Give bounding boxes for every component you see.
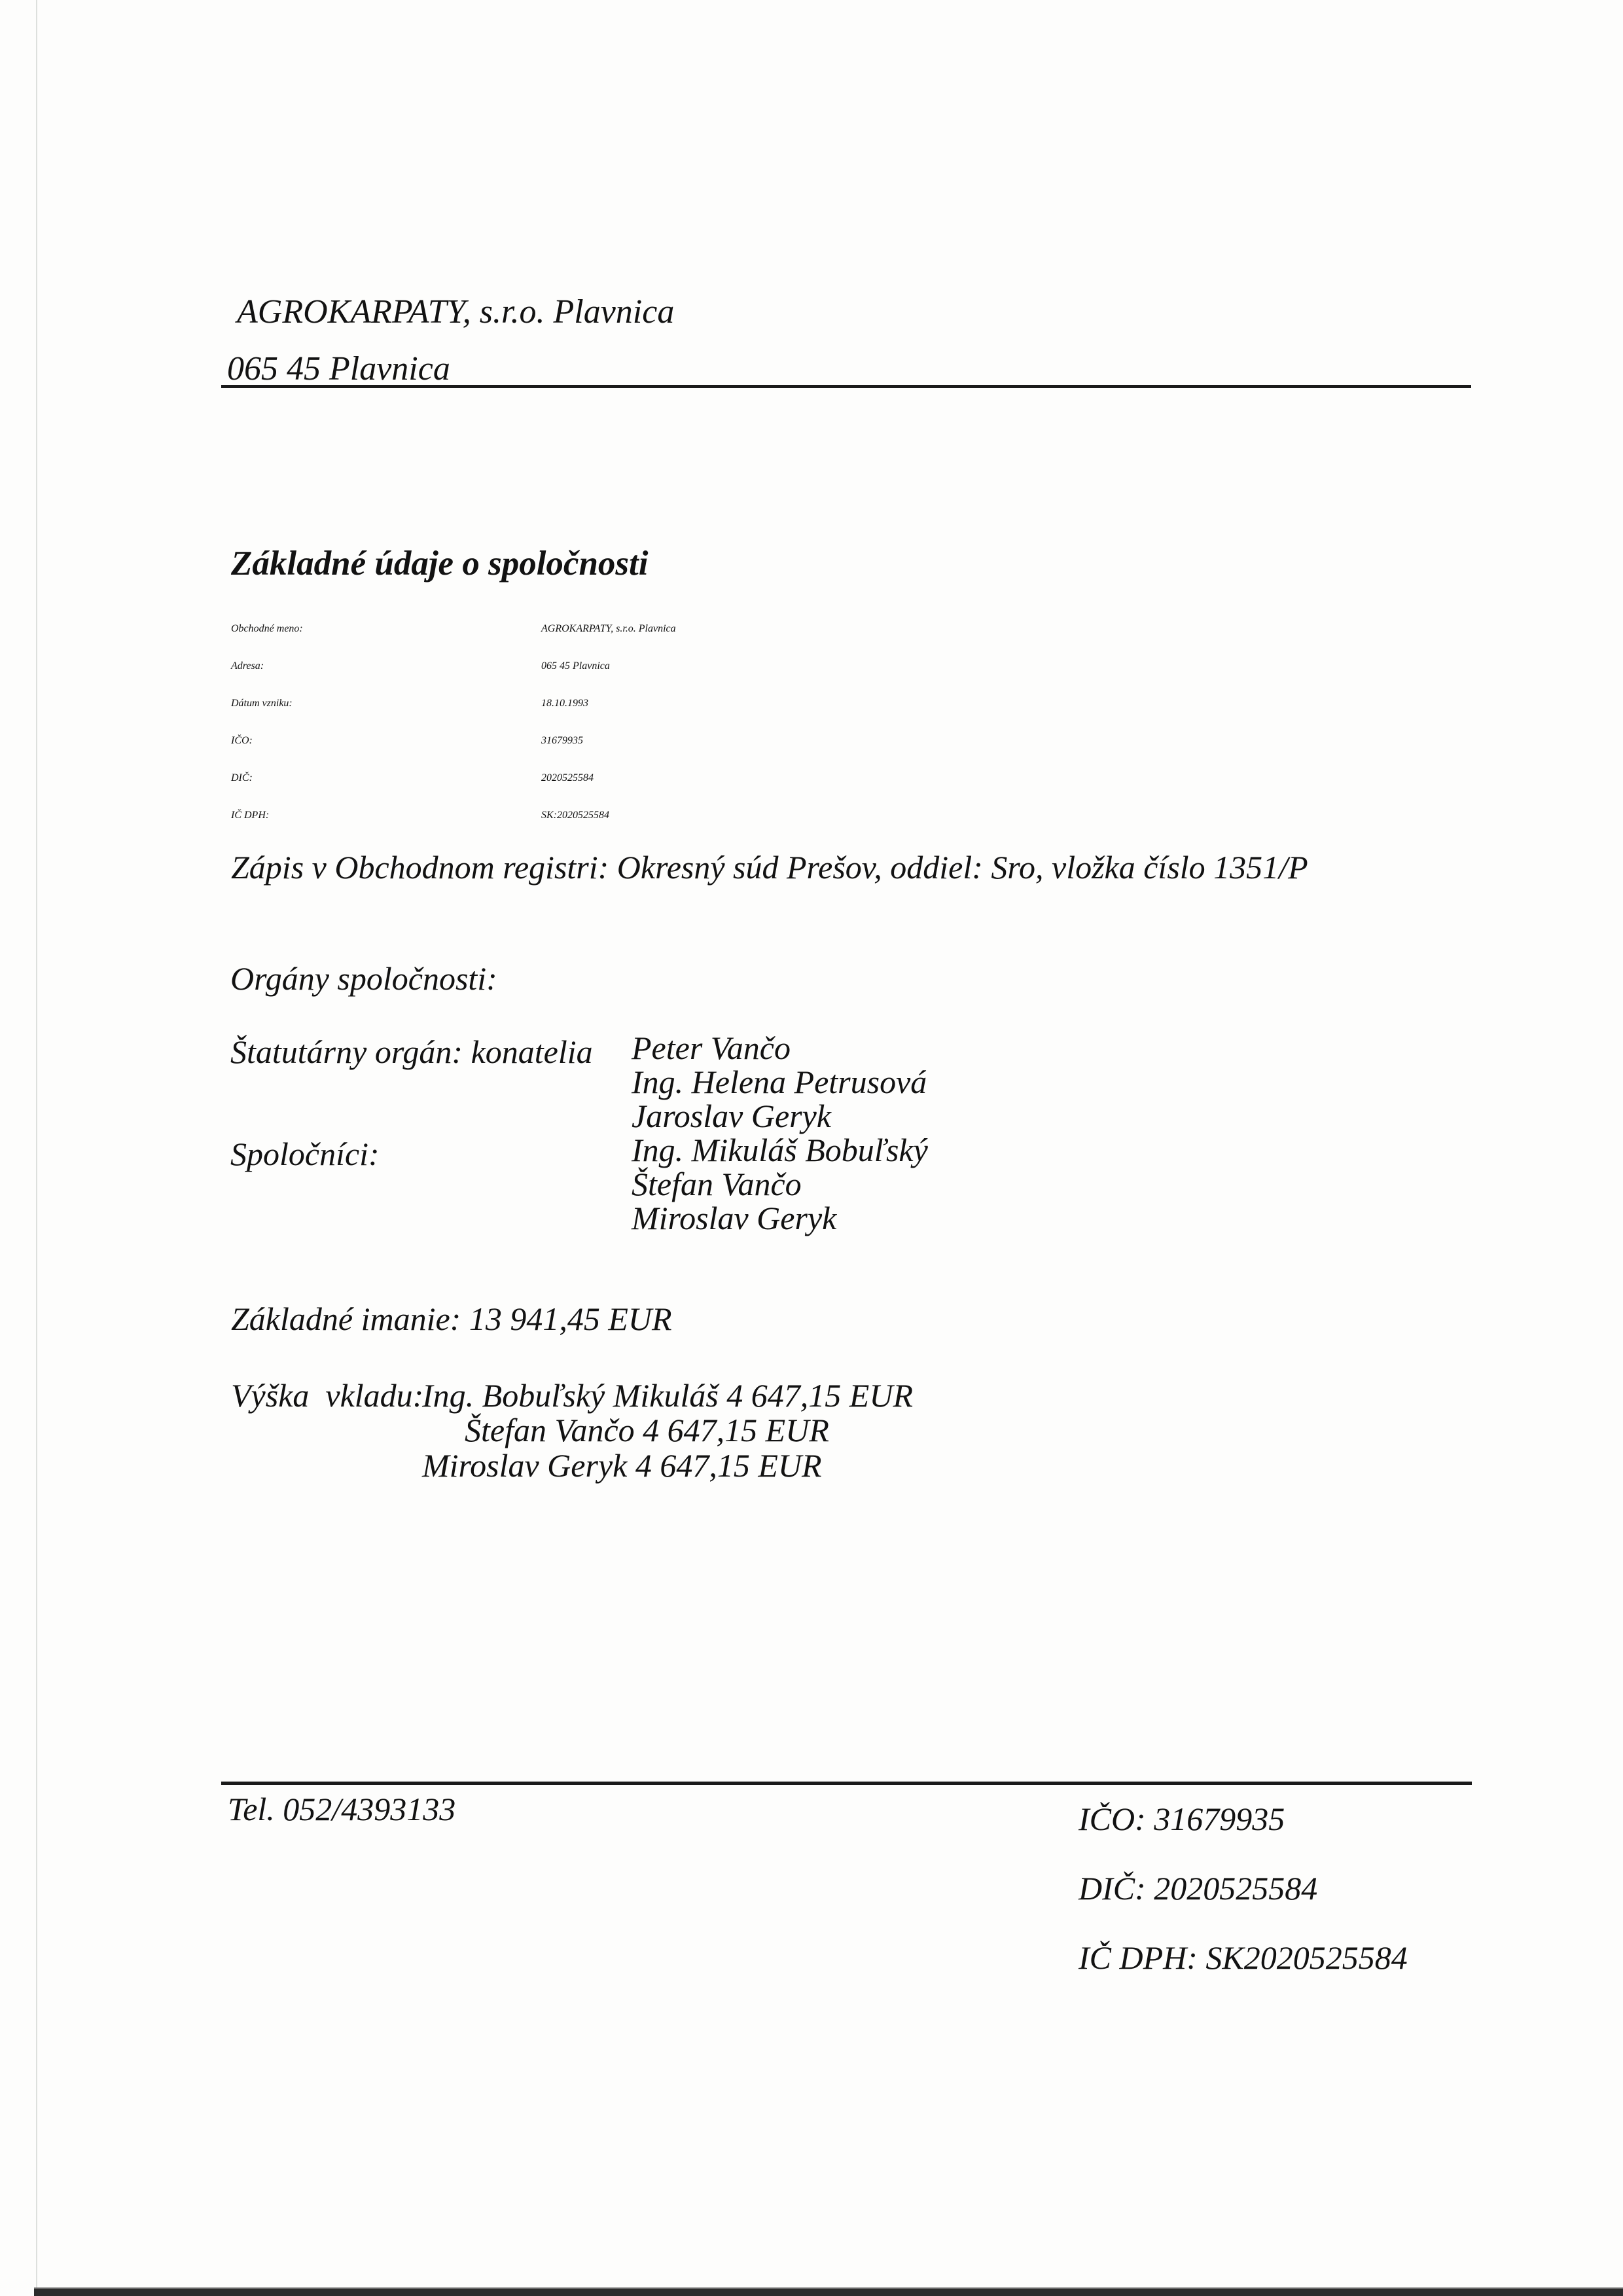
deposit-amount-label: Výška vkladu: bbox=[231, 1378, 423, 1414]
footer-divider-rule bbox=[221, 1782, 1472, 1785]
scan-artifact-vertical-line bbox=[36, 0, 37, 2296]
deposit-line-second: Štefan Vančo 4 647,15 EUR bbox=[465, 1412, 829, 1448]
partner-name: Štefan Vančo bbox=[632, 1167, 928, 1201]
info-label: Adresa: bbox=[231, 660, 264, 672]
footer-ic-dph: IČ DPH: SK2020525584 bbox=[1079, 1940, 1408, 1976]
info-label: DIČ: bbox=[231, 772, 253, 784]
info-row-obchodne-meno: Obchodné meno: AGROKARPATY, s.r.o. Plavn… bbox=[0, 623, 1623, 660]
info-value: 065 45 Plavnica bbox=[541, 660, 610, 672]
info-row-datum-vzniku: Dátum vzniku: 18.10.1993 bbox=[0, 698, 1623, 735]
info-label: Dátum vzniku: bbox=[231, 698, 293, 709]
info-label: IČO: bbox=[231, 735, 253, 747]
statutory-member-name: Peter Vančo bbox=[632, 1031, 928, 1065]
info-label: Obchodné meno: bbox=[231, 623, 303, 635]
letterhead-company-name: AGROKARPATY, s.r.o. Plavnica bbox=[237, 293, 674, 331]
deposit-line-first: Ing. Bobuľský Mikuláš 4 647,15 EUR bbox=[422, 1378, 913, 1414]
info-value: 31679935 bbox=[541, 735, 583, 747]
share-capital-line: Základné imanie: 13 941,45 EUR bbox=[231, 1301, 672, 1337]
partner-name: Miroslav Geryk bbox=[632, 1201, 928, 1235]
statutory-organ-label: Štatutárny orgán: konatelia bbox=[230, 1034, 593, 1070]
footer-dic: DIČ: 2020525584 bbox=[1079, 1871, 1317, 1907]
partner-name: Ing. Mikuláš Bobuľský bbox=[632, 1133, 928, 1167]
deposit-line-third: Miroslav Geryk 4 647,15 EUR bbox=[422, 1448, 822, 1484]
info-label: IČ DPH: bbox=[231, 810, 269, 821]
info-value: 2020525584 bbox=[541, 772, 594, 784]
statutory-member-name: Jaroslav Geryk bbox=[632, 1099, 928, 1133]
footer-telephone: Tel. 052/4393133 bbox=[228, 1791, 455, 1827]
statutory-member-name: Ing. Helena Petrusová bbox=[632, 1065, 928, 1099]
letterhead-divider-rule bbox=[221, 385, 1471, 388]
registry-entry-line: Zápis v Obchodnom registri: Okresný súd … bbox=[231, 850, 1308, 886]
section-title-organs: Orgány spoločnosti: bbox=[230, 961, 497, 997]
scan-bottom-edge-shadow bbox=[34, 2287, 1623, 2296]
scanned-document-page: AGROKARPATY, s.r.o. Plavnica 065 45 Plav… bbox=[0, 0, 1623, 2296]
partners-label: Spoločníci: bbox=[230, 1136, 380, 1172]
info-value: 18.10.1993 bbox=[541, 698, 588, 709]
info-row-dic: DIČ: 2020525584 bbox=[0, 772, 1623, 810]
info-row-ico: IČO: 31679935 bbox=[0, 735, 1623, 772]
members-name-column: Peter Vančo Ing. Helena Petrusová Jarosl… bbox=[632, 1031, 928, 1235]
footer-ico: IČO: 31679935 bbox=[1079, 1801, 1285, 1837]
info-value: AGROKARPATY, s.r.o. Plavnica bbox=[541, 623, 676, 635]
letterhead-address: 065 45 Plavnica bbox=[227, 350, 450, 387]
info-row-ic-dph: IČ DPH: SK:2020525584 bbox=[0, 810, 1623, 847]
info-value: SK:2020525584 bbox=[541, 810, 609, 821]
info-row-adresa: Adresa: 065 45 Plavnica bbox=[0, 660, 1623, 698]
section-title-basic-info: Základné údaje o spoločnosti bbox=[231, 545, 649, 583]
